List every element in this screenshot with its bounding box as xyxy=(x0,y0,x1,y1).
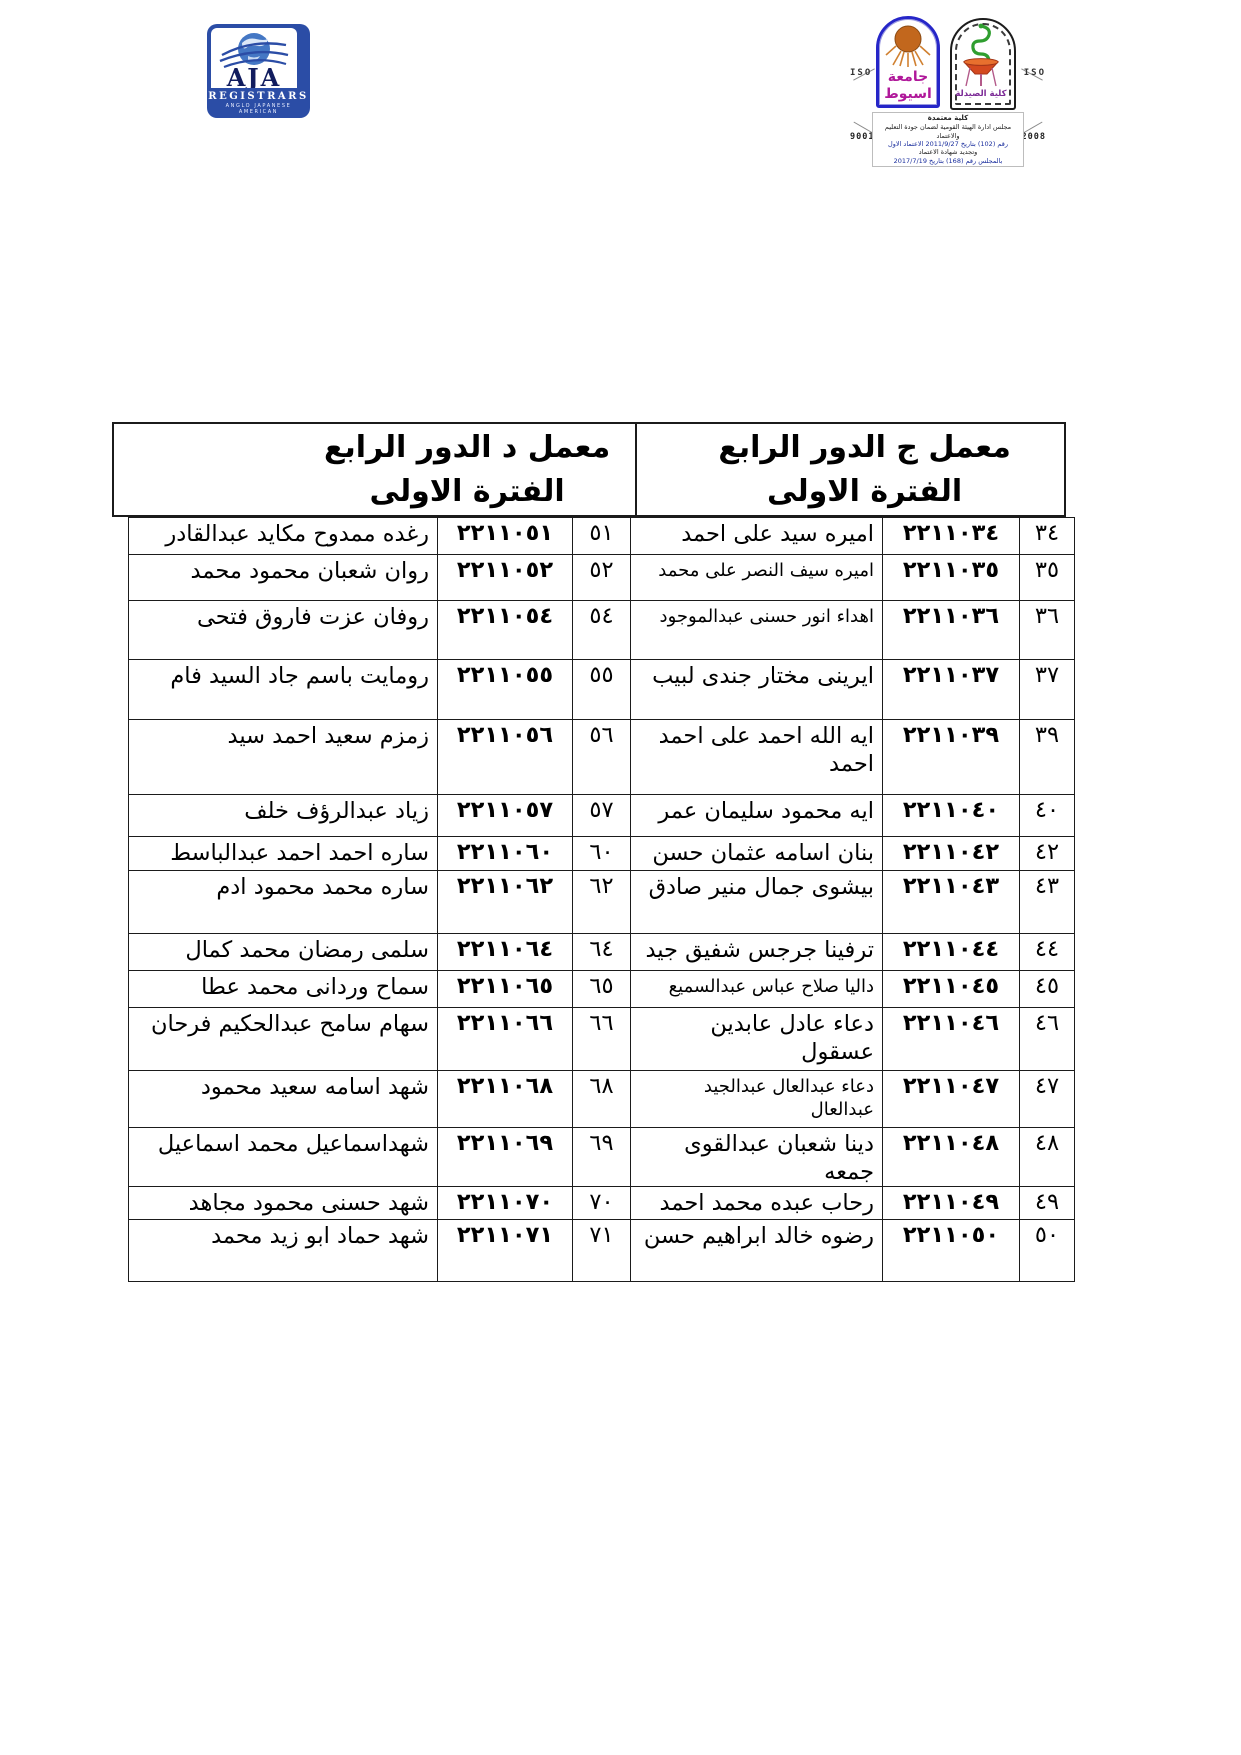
lab-c-serial-cell: ٤٩ xyxy=(1020,1187,1075,1220)
lab-c-name-cell: بيشوى جمال منير صادق xyxy=(631,871,883,934)
lab-c-serial-cell: ٣٩ xyxy=(1020,720,1075,795)
caption-line: مجلس ادارة الهيئة القومية لضمان جودة الت… xyxy=(875,123,1021,140)
table-row: ٥٠٢٢١١٠٥٠رضوه خالد ابراهيم حسن٧١٢٢١١٠٧١ش… xyxy=(129,1220,1075,1282)
caption-line: بالمجلس رقم (168) بتاريخ 2017/7/19 xyxy=(875,157,1021,165)
table-row: ٤٠٢٢١١٠٤٠ايه محمود سليمان عمر٥٧٢٢١١٠٥٧زي… xyxy=(129,795,1075,837)
lab-d-header: معمل د الدور الرابع الفترة الاولى xyxy=(114,424,635,515)
lab-d-name-cell: سلمى رمضان محمد كمال xyxy=(129,934,438,971)
lab-c-id-cell: ٢٢١١٠٤٥ xyxy=(883,971,1020,1008)
pharmacy-arch: كلية الصيدلة xyxy=(950,18,1016,110)
table-row: ٤٥٢٢١١٠٤٥داليا صلاح عباس عبدالسميع٦٥٢٢١١… xyxy=(129,971,1075,1008)
lab-c-id-cell: ٢٢١١٠٣٩ xyxy=(883,720,1020,795)
lab-c-serial-cell: ٣٥ xyxy=(1020,555,1075,601)
lab-d-name-cell: زمزم سعيد احمد سيد xyxy=(129,720,438,795)
lab-d-name-cell: شهد اسامه سعيد محمود xyxy=(129,1071,438,1128)
lab-c-id-cell: ٢٢١١٠٤٦ xyxy=(883,1008,1020,1071)
table-row: ٤٢٢٢١١٠٤٢بنان اسامه عثمان حسن٦٠٢٢١١٠٦٠سا… xyxy=(129,837,1075,871)
lab-c-id-cell: ٢٢١١٠٣٦ xyxy=(883,601,1020,660)
table-row: ٣٤٢٢١١٠٣٤اميره سيد على احمد٥١٢٢١١٠٥١رغده… xyxy=(129,518,1075,555)
iso-right-label: ISO xyxy=(1024,68,1046,78)
lab-c-name-cell: ايه الله احمد على احمد احمد xyxy=(631,720,883,795)
aja-logo-title: AJA xyxy=(211,66,297,88)
lab-d-name-cell: شهد حماد ابو زيد محمد xyxy=(129,1220,438,1282)
lab-c-name-cell: ترفينا جرجس شفيق جيد xyxy=(631,934,883,971)
aja-logo-band: REGISTRARS ANGLO JAPANESE AMERICAN xyxy=(207,88,310,118)
lab-d-id-cell: ٢٢١١٠٥٧ xyxy=(438,795,573,837)
lab-c-serial-cell: ٤٥ xyxy=(1020,971,1075,1008)
student-roster-table: ٣٤٢٢١١٠٣٤اميره سيد على احمد٥١٢٢١١٠٥١رغده… xyxy=(128,517,1075,1282)
table-row: ٤٧٢٢١١٠٤٧دعاء عبدالعال عبدالجيد عبدالعال… xyxy=(129,1071,1075,1128)
lab-c-header-line2: الفترة الاولى xyxy=(665,470,1064,514)
lab-c-id-cell: ٢٢١١٠٤٢ xyxy=(883,837,1020,871)
aja-registrars-logo: AJA REGISTRARS ANGLO JAPANESE AMERICAN xyxy=(207,24,310,118)
lab-d-name-cell: زياد عبدالرؤف خلف xyxy=(129,795,438,837)
lab-d-id-cell: ٢٢١١٠٦٥ xyxy=(438,971,573,1008)
lab-c-name-cell: بنان اسامه عثمان حسن xyxy=(631,837,883,871)
lab-c-id-cell: ٢٢١١٠٥٠ xyxy=(883,1220,1020,1282)
assiut-university-arch: جامعة اسيوط xyxy=(876,16,940,108)
lab-d-name-cell: ساره احمد احمد عبدالباسط xyxy=(129,837,438,871)
lab-d-name-cell: روان شعبان محمود محمد xyxy=(129,555,438,601)
lab-d-serial-cell: ٥٥ xyxy=(573,660,631,720)
lab-d-id-cell: ٢٢١١٠٦٨ xyxy=(438,1071,573,1128)
lab-d-header-line1: معمل د الدور الرابع xyxy=(299,426,635,470)
lab-c-id-cell: ٢٢١١٠٤٤ xyxy=(883,934,1020,971)
university-name-line2: اسيوط xyxy=(884,86,932,102)
lab-c-id-cell: ٢٢١١٠٣٤ xyxy=(883,518,1020,555)
lab-d-id-cell: ٢٢١١٠٥٦ xyxy=(438,720,573,795)
lab-c-id-cell: ٢٢١١٠٤٩ xyxy=(883,1187,1020,1220)
roster-header-row: معمل د الدور الرابع الفترة الاولى معمل ج… xyxy=(112,422,1066,517)
lab-c-serial-cell: ٤٠ xyxy=(1020,795,1075,837)
lab-c-id-cell: ٢٢١١٠٤٧ xyxy=(883,1071,1020,1128)
accreditation-caption: كلية معتمدة مجلس ادارة الهيئة القومية لض… xyxy=(872,112,1024,167)
lab-c-name-cell: دعاء عبدالعال عبدالجيد عبدالعال xyxy=(631,1071,883,1128)
table-row: ٤٦٢٢١١٠٤٦دعاء عادل عابدين عسقول٦٦٢٢١١٠٦٦… xyxy=(129,1008,1075,1071)
lab-d-serial-cell: ٥٦ xyxy=(573,720,631,795)
lab-d-serial-cell: ٦٤ xyxy=(573,934,631,971)
lab-c-serial-cell: ٤٦ xyxy=(1020,1008,1075,1071)
lab-d-name-cell: شهد حسنى محمود مجاهد xyxy=(129,1187,438,1220)
lab-d-name-cell: رغده ممدوح مكايد عبدالقادر xyxy=(129,518,438,555)
lab-d-id-cell: ٢٢١١٠٦٩ xyxy=(438,1128,573,1187)
lab-c-name-cell: دعاء عادل عابدين عسقول xyxy=(631,1008,883,1071)
lab-d-serial-cell: ٦٥ xyxy=(573,971,631,1008)
lab-d-serial-cell: ٥٢ xyxy=(573,555,631,601)
lab-d-id-cell: ٢٢١١٠٧١ xyxy=(438,1220,573,1282)
lab-c-serial-cell: ٤٧ xyxy=(1020,1071,1075,1128)
lab-d-serial-cell: ٦٦ xyxy=(573,1008,631,1071)
table-row: ٣٥٢٢١١٠٣٥اميره سيف النصر على محمد٥٢٢٢١١٠… xyxy=(129,555,1075,601)
lab-d-id-cell: ٢٢١١٠٦٠ xyxy=(438,837,573,871)
document-page: AJA REGISTRARS ANGLO JAPANESE AMERICAN I… xyxy=(0,0,1241,1755)
lab-d-serial-cell: ٥٤ xyxy=(573,601,631,660)
lab-d-id-cell: ٢٢١١٠٥١ xyxy=(438,518,573,555)
lab-c-name-cell: ايه محمود سليمان عمر xyxy=(631,795,883,837)
aja-registrars-label: REGISTRARS xyxy=(207,91,310,102)
lab-c-name-cell: دينا شعبان عبدالقوى جمعه xyxy=(631,1128,883,1187)
lab-d-name-cell: روفان عزت فاروق فتحى xyxy=(129,601,438,660)
lab-c-id-cell: ٢٢١١٠٤٣ xyxy=(883,871,1020,934)
lab-c-name-cell: رضوه خالد ابراهيم حسن xyxy=(631,1220,883,1282)
lab-c-name-cell: داليا صلاح عباس عبدالسميع xyxy=(631,971,883,1008)
lab-c-serial-cell: ٣٦ xyxy=(1020,601,1075,660)
caption-line: رقم (102) بتاريخ 2011/9/27 الاعتماد الاو… xyxy=(875,140,1021,148)
table-row: ٤٣٢٢١١٠٤٣بيشوى جمال منير صادق٦٢٢٢١١٠٦٢سا… xyxy=(129,871,1075,934)
lab-c-id-cell: ٢٢١١٠٤٨ xyxy=(883,1128,1020,1187)
lab-d-serial-cell: ٧٠ xyxy=(573,1187,631,1220)
lab-d-name-cell: ساره محمد محمود ادم xyxy=(129,871,438,934)
lab-c-name-cell: ايرينى مختار جندى لبيب xyxy=(631,660,883,720)
caption-line: وتجديد شهادة الاعتماد xyxy=(875,148,1021,156)
lab-c-header: معمل ج الدور الرابع الفترة الاولى xyxy=(635,424,1064,515)
lab-c-serial-cell: ٤٢ xyxy=(1020,837,1075,871)
lab-d-serial-cell: ٦٢ xyxy=(573,871,631,934)
snake-chalice-icon: كلية الصيدلة xyxy=(952,20,1010,104)
lab-c-header-line1: معمل ج الدور الرابع xyxy=(665,426,1064,470)
table-row: ٣٦٢٢١١٠٣٦اهداء انور حسنى عبدالموجود٥٤٢٢١… xyxy=(129,601,1075,660)
table-row: ٤٩٢٢١١٠٤٩رحاب عبده محمد احمد٧٠٢٢١١٠٧٠شهد… xyxy=(129,1187,1075,1220)
lab-c-id-cell: ٢٢١١٠٣٧ xyxy=(883,660,1020,720)
lab-d-serial-cell: ٥١ xyxy=(573,518,631,555)
lab-d-id-cell: ٢٢١١٠٦٤ xyxy=(438,934,573,971)
table-row: ٣٧٢٢١١٠٣٧ايرينى مختار جندى لبيب٥٥٢٢١١٠٥٥… xyxy=(129,660,1075,720)
lab-d-serial-cell: ٦٠ xyxy=(573,837,631,871)
lab-d-serial-cell: ٦٨ xyxy=(573,1071,631,1128)
lab-d-name-cell: سماح وردانى محمد عطا xyxy=(129,971,438,1008)
table-row: ٤٨٢٢١١٠٤٨دينا شعبان عبدالقوى جمعه٦٩٢٢١١٠… xyxy=(129,1128,1075,1187)
lab-d-serial-cell: ٧١ xyxy=(573,1220,631,1282)
aja-subtitle-label: ANGLO JAPANESE AMERICAN xyxy=(207,103,310,115)
lab-d-name-cell: سهام سامح عبدالحكيم فرحان xyxy=(129,1008,438,1071)
lab-d-id-cell: ٢٢١١٠٦٦ xyxy=(438,1008,573,1071)
lab-c-id-cell: ٢٢١١٠٣٥ xyxy=(883,555,1020,601)
lab-c-name-cell: اميره سيد على احمد xyxy=(631,518,883,555)
university-emblem: ISO ISO 9001:2015 9001:2008 جامعة اسيوط xyxy=(850,12,1046,146)
lab-d-serial-cell: ٥٧ xyxy=(573,795,631,837)
lab-d-header-line2: الفترة الاولى xyxy=(299,470,635,514)
lab-d-id-cell: ٢٢١١٠٥٤ xyxy=(438,601,573,660)
lab-d-serial-cell: ٦٩ xyxy=(573,1128,631,1187)
lab-d-id-cell: ٢٢١١٠٥٢ xyxy=(438,555,573,601)
lab-c-serial-cell: ٤٣ xyxy=(1020,871,1075,934)
lab-c-serial-cell: ٤٤ xyxy=(1020,934,1075,971)
lab-c-serial-cell: ٥٠ xyxy=(1020,1220,1075,1282)
lab-c-serial-cell: ٣٧ xyxy=(1020,660,1075,720)
college-name-label: كلية الصيدلة xyxy=(955,89,1006,99)
university-name-line1: جامعة xyxy=(888,69,928,85)
lab-c-serial-cell: ٤٨ xyxy=(1020,1128,1075,1187)
lab-c-name-cell: اهداء انور حسنى عبدالموجود xyxy=(631,601,883,660)
lab-c-name-cell: اميره سيف النصر على محمد xyxy=(631,555,883,601)
caption-line: كلية معتمدة xyxy=(875,114,1021,123)
iso-left-label: ISO xyxy=(850,68,872,78)
lab-d-name-cell: شهداسماعيل محمد اسماعيل xyxy=(129,1128,438,1187)
lab-c-serial-cell: ٣٤ xyxy=(1020,518,1075,555)
lab-c-id-cell: ٢٢١١٠٤٠ xyxy=(883,795,1020,837)
roster-table-body: ٣٤٢٢١١٠٣٤اميره سيد على احمد٥١٢٢١١٠٥١رغده… xyxy=(129,518,1075,1282)
lab-d-id-cell: ٢٢١١٠٧٠ xyxy=(438,1187,573,1220)
table-row: ٣٩٢٢١١٠٣٩ايه الله احمد على احمد احمد٥٦٢٢… xyxy=(129,720,1075,795)
lab-c-name-cell: رحاب عبده محمد احمد xyxy=(631,1187,883,1220)
lab-d-name-cell: رومايت باسم جاد السيد فام xyxy=(129,660,438,720)
lab-d-id-cell: ٢٢١١٠٥٥ xyxy=(438,660,573,720)
aja-logo-panel: AJA xyxy=(211,28,297,88)
table-row: ٤٤٢٢١١٠٤٤ترفينا جرجس شفيق جيد٦٤٢٢١١٠٦٤سل… xyxy=(129,934,1075,971)
lab-d-id-cell: ٢٢١١٠٦٢ xyxy=(438,871,573,934)
